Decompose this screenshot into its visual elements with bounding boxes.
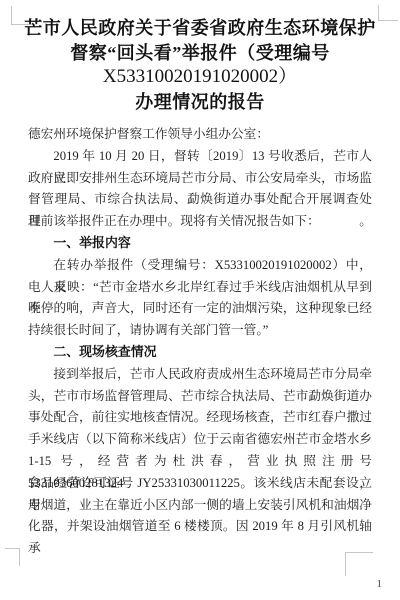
paragraph-3-line: 事处配合，前往实地核查情况。经现场核查，芒市红春户撒过	[28, 407, 372, 429]
section-heading-2: 二、现场核查情况	[28, 342, 372, 364]
paragraph-3-line: 接到举报后，芒市人民政府责成州生态环境局芒市分局牵	[28, 364, 372, 386]
document-body: 德宏州环境保护督察工作领导小组办公室： 2019 年 10 月 20 日，督转〔…	[28, 124, 372, 538]
paragraph-3-line: 头，芒市市场监督管理局、芒市综合执法局、芒市勐焕街道办	[28, 386, 372, 408]
salutation-line: 德宏州环境保护督察工作领导小组办公室：	[28, 124, 372, 146]
paragraph-2-line: 电人反映：“芒市金塔水乡北岸红春过手米线店油烟机从早到晚	[28, 277, 372, 299]
paragraph-2-line: 在转办举报件（受理编号：X53310020191020002）中，来	[28, 255, 372, 277]
paragraph-3-line: 手米线店（以下简称米线店）位于云南省德宏州芒市金塔水乡	[28, 429, 372, 451]
paragraph-1-line: 2019 年 10 月 20 日，督转〔2019〕13 号收悉后，芒市人民	[28, 146, 372, 168]
crop-mark-bottom-left	[5, 548, 20, 566]
section-heading-1: 一、举报内容	[28, 233, 372, 255]
page-number: 1	[377, 577, 383, 591]
title-line-1: 芒市人民政府关于省委省政府生态环境保护	[0, 16, 400, 41]
title-line-2: 督察“回头看”举报件（受理编号	[0, 41, 400, 66]
title-line-4: 办理情况的报告	[0, 90, 400, 115]
paragraph-2-line: 持续很长时间了，请协调有关部门管一管。”	[28, 320, 372, 342]
paragraph-2-line: 不停的响，声音大，同时还有一定的油烟污染，这种现象已经	[28, 298, 372, 320]
paragraph-3-line: 用烟道，业主在靠近小区内部一侧的墙上安装引风机和油烟净	[28, 495, 372, 517]
paragraph-1-line: 政府立即安排州生态环境局芒市分局、市公安局牵头，市场监	[28, 168, 372, 190]
title-line-case-number: X53310020191020002）	[0, 65, 400, 90]
crop-mark-bottom-right	[345, 552, 373, 576]
paragraph-3-line: 食品经营许可证号 JY25331030011225。该米线店未配套设立专	[28, 473, 372, 495]
paragraph-3-line: 化器，并架设油烟管道至 6 楼楼顶。因 2019 年 8 月引风机轴承	[28, 516, 372, 538]
paragraph-1-line: 督管理局、市综合执法局、勐焕街道办事处配合开展调查处理。	[28, 189, 372, 211]
paragraph-3-line: 1-15 号，经营者为杜洪春，营业执照注册号 533103600281324，	[28, 451, 372, 473]
document-title: 芒市人民政府关于省委省政府生态环境保护 督察“回头看”举报件（受理编号 X533…	[0, 16, 400, 114]
document-page: 芒市人民政府关于省委省政府生态环境保护 督察“回头看”举报件（受理编号 X533…	[0, 0, 400, 600]
